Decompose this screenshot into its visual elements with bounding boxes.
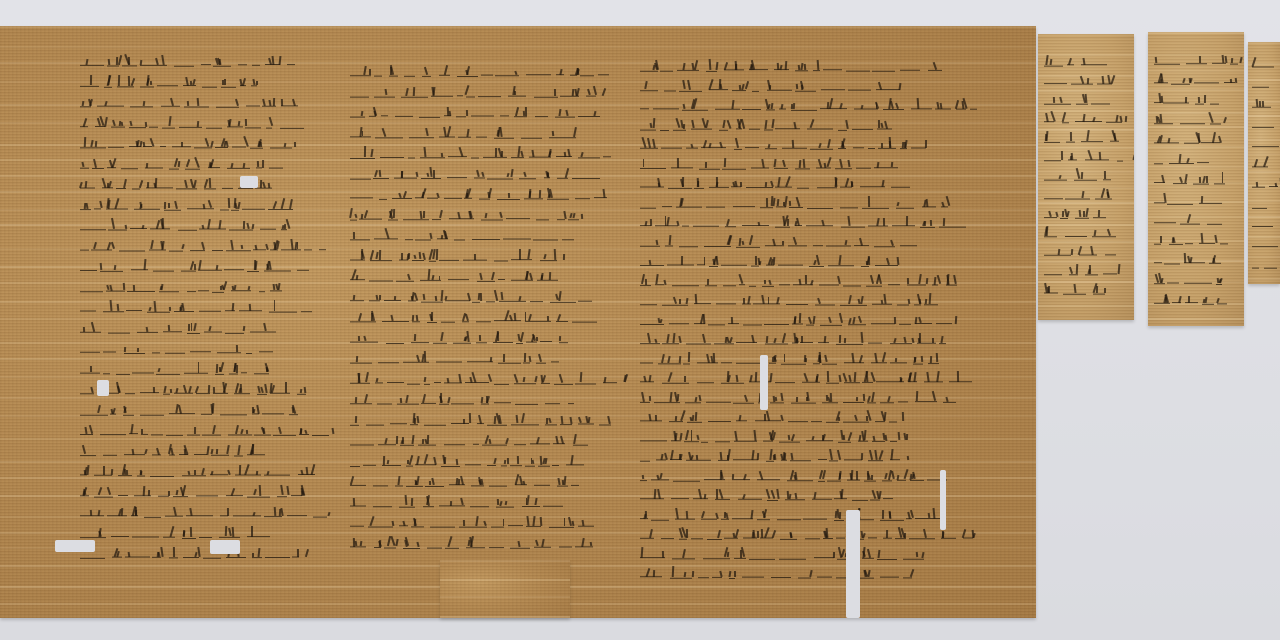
hieratic-script-line bbox=[80, 77, 269, 86]
hieratic-script-line bbox=[1252, 98, 1275, 107]
hieratic-script-line bbox=[350, 189, 607, 198]
hieratic-script-line bbox=[1154, 154, 1217, 163]
hieratic-script-line bbox=[1044, 189, 1113, 198]
hieratic-script-line bbox=[1044, 246, 1116, 255]
hieratic-script-line bbox=[640, 568, 913, 577]
hieratic-script-line bbox=[80, 282, 287, 291]
hieratic-script-line bbox=[350, 169, 603, 178]
hieratic-script-line bbox=[1044, 132, 1126, 141]
hieratic-script-line bbox=[1154, 214, 1229, 223]
hieratic-script-line bbox=[640, 432, 897, 441]
hieratic-script-line bbox=[640, 256, 908, 265]
fiber-wrinkle bbox=[0, 26, 1036, 28]
hieratic-script-line bbox=[350, 353, 571, 362]
papyrus-hole bbox=[240, 176, 258, 188]
papyrus-hole bbox=[846, 510, 860, 618]
fiber-wrinkle bbox=[1038, 202, 1134, 204]
fiber-wrinkle bbox=[1148, 166, 1244, 168]
hieratic-script-line bbox=[80, 343, 273, 352]
hieratic-script-line bbox=[640, 412, 897, 421]
hieratic-script-line bbox=[640, 198, 952, 207]
hieratic-script-line bbox=[350, 292, 592, 301]
hieratic-script-line bbox=[350, 517, 602, 526]
hieratic-script-line bbox=[1044, 56, 1112, 65]
papyrus-hole bbox=[210, 540, 240, 554]
hieratic-script-line bbox=[80, 487, 302, 496]
hieratic-script-line bbox=[640, 334, 946, 343]
hieratic-script-line bbox=[640, 237, 921, 246]
papyrus-hole bbox=[97, 380, 109, 396]
papyrus-bottom-tab bbox=[440, 560, 570, 618]
hieratic-script-line bbox=[80, 405, 307, 414]
hieratic-script-line bbox=[640, 529, 973, 538]
hieratic-script-line bbox=[1154, 194, 1232, 203]
hieratic-script-line bbox=[1044, 284, 1114, 293]
hieratic-script-line bbox=[350, 148, 617, 157]
hieratic-script-line bbox=[350, 538, 593, 547]
papyrus-hole bbox=[760, 355, 768, 410]
hieratic-script-line bbox=[640, 295, 947, 304]
hieratic-script-line bbox=[640, 490, 895, 499]
fiber-wrinkle bbox=[1148, 146, 1244, 148]
fiber-wrinkle bbox=[440, 596, 570, 598]
hieratic-script-line bbox=[350, 456, 585, 465]
hieratic-script-line bbox=[640, 315, 952, 324]
hieratic-script-line bbox=[1154, 234, 1235, 243]
hieratic-script-line bbox=[80, 446, 268, 455]
hieratic-script-line bbox=[350, 87, 596, 96]
hieratic-script-line bbox=[80, 466, 318, 475]
hieratic-script-line bbox=[640, 61, 948, 70]
hieratic-script-line bbox=[1252, 258, 1278, 267]
hieratic-script-line bbox=[640, 159, 904, 168]
hieratic-script-line bbox=[80, 528, 274, 537]
hieratic-script-line bbox=[350, 210, 579, 219]
fiber-wrinkle bbox=[1038, 90, 1134, 92]
hieratic-script-line bbox=[1252, 178, 1278, 187]
hieratic-script-line bbox=[350, 312, 607, 321]
hieratic-script-line bbox=[1252, 78, 1275, 87]
hieratic-script-line bbox=[1252, 138, 1280, 147]
hieratic-script-line bbox=[1252, 238, 1278, 247]
fiber-wrinkle bbox=[440, 579, 570, 581]
hieratic-script-line bbox=[80, 159, 291, 168]
papyrus-main-sheet bbox=[0, 26, 1036, 618]
fiber-wrinkle bbox=[1038, 34, 1134, 36]
hieratic-script-line bbox=[350, 333, 568, 342]
hieratic-script-line bbox=[350, 476, 579, 485]
hieratic-script-line bbox=[80, 118, 306, 127]
hieratic-script-line bbox=[1252, 118, 1278, 127]
fiber-wrinkle bbox=[1038, 129, 1134, 131]
hieratic-script-line bbox=[640, 178, 910, 187]
fiber-wrinkle bbox=[1148, 318, 1244, 320]
fiber-wrinkle bbox=[1248, 153, 1280, 155]
hieratic-script-line bbox=[350, 128, 576, 137]
hieratic-script-line bbox=[80, 323, 277, 332]
hieratic-script-line bbox=[1154, 54, 1238, 63]
fiber-wrinkle bbox=[1038, 305, 1134, 307]
hieratic-script-line bbox=[1154, 94, 1219, 103]
hieratic-script-line bbox=[80, 138, 292, 147]
hieratic-script-line bbox=[640, 373, 972, 382]
fiber-wrinkle bbox=[1038, 261, 1134, 263]
hieratic-script-line bbox=[80, 425, 329, 434]
hieratic-script-line bbox=[640, 276, 957, 285]
hieratic-script-line bbox=[350, 415, 611, 424]
hieratic-script-line bbox=[1044, 113, 1122, 122]
hieratic-script-line bbox=[1154, 294, 1237, 303]
fiber-wrinkle bbox=[0, 46, 1036, 48]
fiber-wrinkle bbox=[1148, 32, 1244, 34]
hieratic-script-line bbox=[1252, 158, 1279, 167]
hieratic-script-line bbox=[80, 261, 309, 270]
hieratic-script-line bbox=[1044, 265, 1117, 274]
hieratic-script-line bbox=[640, 451, 900, 460]
hieratic-script-line bbox=[350, 394, 574, 403]
hieratic-script-line bbox=[1252, 198, 1279, 207]
hieratic-script-line bbox=[350, 107, 600, 116]
hieratic-script-line bbox=[640, 393, 956, 402]
hieratic-script-line bbox=[1044, 94, 1110, 103]
fiber-wrinkle bbox=[1148, 70, 1244, 72]
hieratic-script-line bbox=[640, 510, 945, 519]
hieratic-script-line bbox=[1154, 134, 1220, 143]
papyrus-fragment-3 bbox=[1148, 32, 1244, 326]
fiber-wrinkle bbox=[1148, 126, 1244, 128]
hieratic-script-line bbox=[80, 548, 299, 557]
hieratic-script-line bbox=[80, 241, 326, 250]
hieratic-script-line bbox=[1154, 74, 1235, 83]
hieratic-script-line bbox=[640, 81, 906, 90]
hieratic-script-line bbox=[1154, 274, 1226, 283]
hieratic-script-line bbox=[80, 97, 298, 106]
fiber-wrinkle bbox=[1248, 171, 1280, 173]
fiber-wrinkle bbox=[1248, 42, 1280, 44]
hieratic-script-line bbox=[640, 100, 977, 109]
hieratic-script-line bbox=[80, 220, 296, 229]
fiber-wrinkle bbox=[440, 560, 570, 562]
papyrus-fragment-4 bbox=[1248, 42, 1280, 284]
hieratic-script-line bbox=[1044, 170, 1119, 179]
hieratic-script-line bbox=[350, 435, 588, 444]
hieratic-script-line bbox=[1154, 114, 1221, 123]
hieratic-script-line bbox=[350, 497, 570, 506]
fiber-wrinkle bbox=[1248, 278, 1280, 280]
hieratic-script-line bbox=[640, 139, 926, 148]
papyrus-hole bbox=[55, 540, 95, 552]
hieratic-script-line bbox=[640, 120, 901, 129]
hieratic-script-line bbox=[80, 384, 315, 393]
hieratic-script-line bbox=[350, 374, 617, 383]
hieratic-script-line bbox=[350, 230, 574, 239]
hieratic-script-line bbox=[1044, 151, 1123, 160]
hieratic-script-line bbox=[80, 302, 312, 311]
hieratic-script-line bbox=[640, 217, 972, 226]
fiber-wrinkle bbox=[1038, 241, 1134, 243]
fiber-wrinkle bbox=[1148, 89, 1244, 91]
hieratic-script-line bbox=[350, 66, 611, 75]
papyrus-hole bbox=[940, 470, 946, 530]
hieratic-script-line bbox=[1252, 218, 1275, 227]
hieratic-script-line bbox=[80, 364, 277, 373]
hieratic-script-line bbox=[1044, 208, 1114, 217]
fiber-wrinkle bbox=[440, 616, 570, 618]
hieratic-script-line bbox=[1252, 58, 1276, 67]
hieratic-script-line bbox=[350, 251, 557, 260]
hieratic-script-line bbox=[1044, 75, 1112, 84]
hieratic-script-line bbox=[350, 271, 568, 280]
papyrus-fragment-2 bbox=[1038, 34, 1134, 320]
hieratic-script-line bbox=[80, 56, 295, 65]
hieratic-script-line bbox=[80, 200, 298, 209]
hieratic-script-line bbox=[80, 507, 327, 516]
hieratic-script-line bbox=[1154, 254, 1221, 263]
hieratic-script-line bbox=[640, 354, 939, 363]
hieratic-script-line bbox=[640, 549, 928, 558]
hieratic-script-line bbox=[640, 471, 952, 480]
fiber-wrinkle bbox=[1038, 147, 1134, 149]
hieratic-script-line bbox=[1044, 227, 1119, 236]
hieratic-script-line bbox=[1154, 174, 1225, 183]
